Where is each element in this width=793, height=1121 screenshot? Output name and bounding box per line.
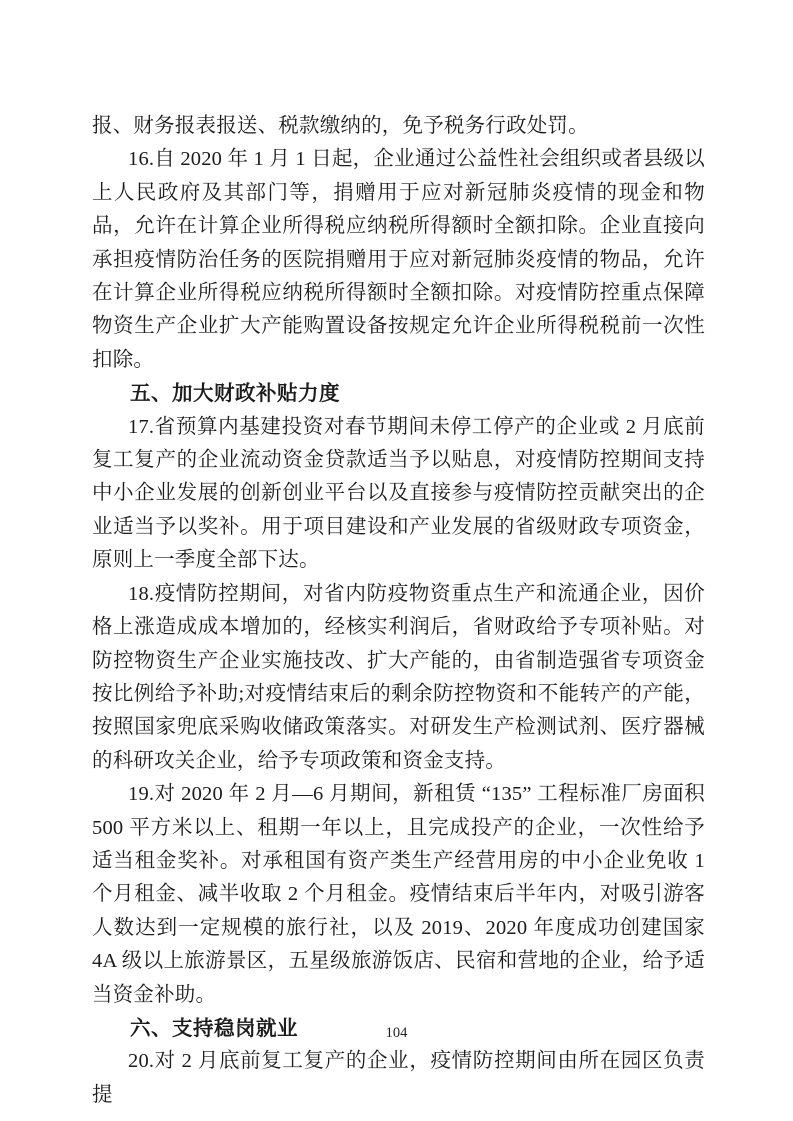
paragraph-20: 20.对 2 月底前复工复产的企业，疫情防控期间由所在园区负责提	[92, 1045, 705, 1112]
paragraph-15-continuation: 报、财务报表报送、税款缴纳的，免予税务行政处罚。	[92, 110, 705, 143]
paragraph-17: 17.省预算内基建投资对春节期间未停工停产的企业或 2 月底前复工复产的企业流动…	[92, 411, 705, 578]
document-text-body: 报、财务报表报送、税款缴纳的，免予税务行政处罚。 16.自 2020 年 1 月…	[92, 110, 705, 1112]
paragraph-18: 18.疫情防控期间，对省内防疫物资重点生产和流通企业，因价格上涨造成成本增加的，…	[92, 578, 705, 778]
section-heading-five: 五、加大财政补贴力度	[92, 377, 705, 410]
document-page: 报、财务报表报送、税款缴纳的，免予税务行政处罚。 16.自 2020 年 1 月…	[0, 0, 793, 1121]
paragraph-19: 19.对 2020 年 2 月—6 月期间，新租赁 “135” 工程标准厂房面积…	[92, 778, 705, 1012]
page-number: 104	[0, 1024, 793, 1042]
paragraph-16: 16.自 2020 年 1 月 1 日起，企业通过公益性社会组织或者县级以上人民…	[92, 143, 705, 377]
